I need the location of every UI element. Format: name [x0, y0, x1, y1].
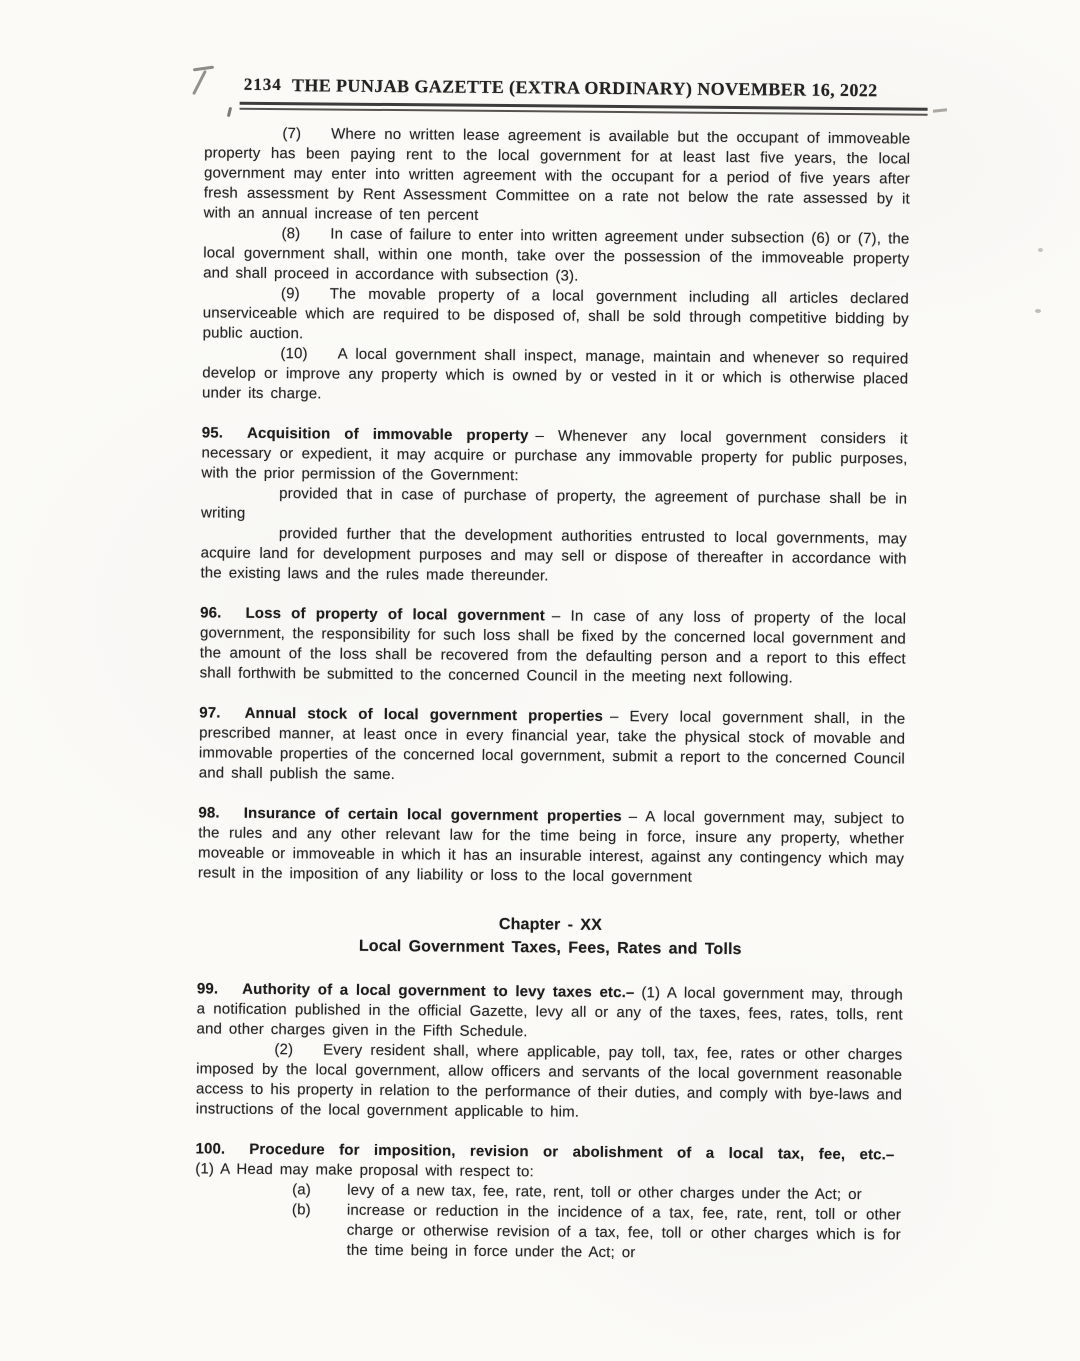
item-letter: (a): [292, 1180, 347, 1200]
gazette-title: THE PUNJAB GAZETTE (EXTRA ORDINARY) NOVE…: [240, 75, 930, 102]
section-95: 95.Acquisition of immovable property– Wh…: [201, 423, 907, 489]
subsection-10: (10)A local government shall inspect, ma…: [202, 343, 908, 409]
subsection-number: (9): [281, 285, 330, 302]
section-number: 96.: [200, 604, 245, 621]
subsection-number: (7): [282, 125, 331, 142]
chapter-title: Local Government Taxes, Fees, Rates and …: [197, 933, 903, 962]
section-98: 98.Insurance of certain local government…: [198, 803, 905, 889]
section-number: 95.: [202, 424, 247, 441]
subsection-9: (9)The movable property of a local gover…: [203, 283, 909, 349]
section-number: 100.: [195, 1140, 249, 1157]
section-heading: Authority of a local government to levy …: [242, 981, 634, 1001]
subsection-number: (2): [274, 1041, 323, 1058]
subsection-7: (7)Where no written lease agreement is a…: [204, 123, 911, 229]
section-heading: Loss of property of local government: [245, 605, 545, 625]
item-letter: (b): [292, 1200, 347, 1220]
page-header: 2134 THE PUNJAB GAZETTE (EXTRA ORDINARY)…: [240, 75, 930, 103]
section-number: 98.: [198, 804, 243, 821]
section-95-proviso-2: provided further that the development au…: [200, 523, 906, 589]
section-number: 99.: [197, 980, 242, 997]
subsection-number: (8): [281, 225, 330, 242]
section-99: 99.Authority of a local government to le…: [196, 979, 902, 1045]
subsection-number: (10): [280, 345, 337, 362]
section-96: 96.Loss of property of local government–…: [200, 603, 907, 689]
page-tilt-wrapper: 2134 THE PUNJAB GAZETTE (EXTRA ORDINARY)…: [0, 0, 1080, 1267]
section-heading: Insurance of certain local government pr…: [244, 805, 622, 825]
section-100-item-b: (b)increase or reduction in the incidenc…: [195, 1199, 901, 1265]
section-heading: Acquisition of immovable property: [247, 425, 529, 444]
section-99-subsection-2: (2)Every resident shall, where applicabl…: [196, 1039, 903, 1125]
document-body: (7)Where no written lease agreement is a…: [195, 123, 911, 1265]
item-text: increase or reduction in the incidence o…: [347, 1202, 901, 1262]
chapter-heading: Chapter - XXLocal Government Taxes, Fees…: [197, 910, 903, 962]
item-text: levy of a new tax, fee, rate, rent, toll…: [347, 1182, 862, 1203]
subsection-8: (8)In case of failure to enter into writ…: [203, 223, 909, 289]
page-number: 2134: [244, 75, 282, 95]
gazette-scanned-page: 2134 THE PUNJAB GAZETTE (EXTRA ORDINARY)…: [0, 0, 1080, 1361]
section-95-proviso-1: provided that in case of purchase of pro…: [201, 483, 907, 529]
section-97: 97.Annual stock of local government prop…: [199, 703, 906, 789]
section-number: 97.: [199, 704, 244, 721]
header-double-rule: [240, 102, 928, 116]
section-heading: Annual stock of local government propert…: [245, 705, 604, 725]
